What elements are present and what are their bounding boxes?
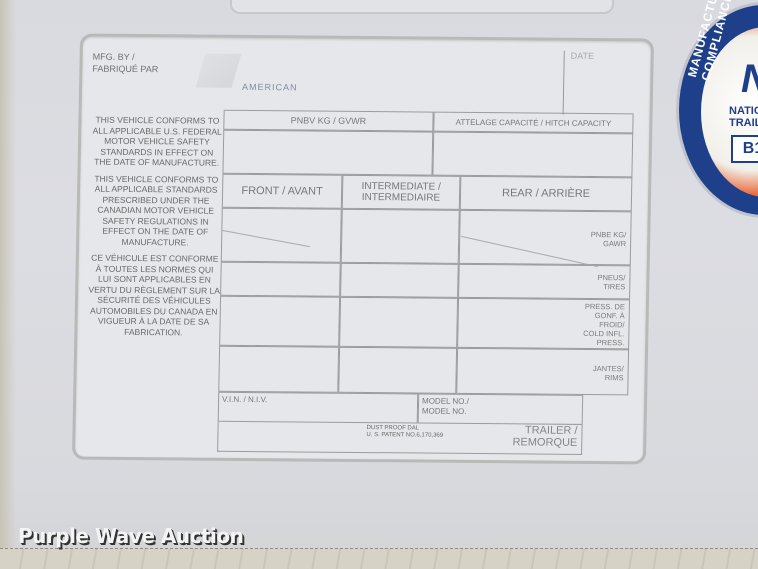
- pressure-intermediate: [339, 297, 458, 348]
- tires-intermediate: [340, 263, 459, 298]
- sticker-org-line-1: NATIONAL: [729, 105, 758, 117]
- hitch-header: ATTELAGE CAPACITÉ / HITCH CAPACITY: [433, 112, 633, 134]
- watermark: Purple Wave Auction: [18, 524, 243, 548]
- model-field: MODEL NO./ MODEL NO.: [418, 394, 584, 425]
- hitch-value: [432, 132, 633, 178]
- vin-field: V.I.N. / N.I.V.: [218, 392, 419, 424]
- gawr-rear: PNBE KG/ GAWR: [459, 210, 632, 265]
- hitch-header-text: ATTELAGE CAPACITÉ / HITCH CAPACITY: [456, 117, 612, 127]
- rims-intermediate: [338, 347, 457, 394]
- sticker-org-line-2: TRAILER: [729, 117, 758, 129]
- fabrique-par-text: FABRIQUÉ PAR: [92, 63, 158, 76]
- pressure-front: [219, 296, 340, 347]
- tires-front: [220, 262, 341, 297]
- date-label: DATE: [571, 51, 595, 61]
- ratings-grid: PNBV KG / GVWR ATTELAGE CAPACITÉ / HITCH…: [217, 110, 633, 454]
- date-field: DATE: [563, 51, 643, 116]
- compliance-sticker: N NATIONAL TRAILER B1 MANUFACTURED IN CO…: [676, 2, 758, 218]
- gvwr-header: PNBV KG / GVWR: [223, 110, 433, 132]
- model-label-line-2: MODEL NO.: [422, 407, 467, 416]
- upper-plate: [230, 0, 614, 14]
- patent-line-2: U. S. PATENT NO.6,170,369: [366, 432, 443, 439]
- gvwr-header-text: PNBV KG / GVWR: [291, 115, 367, 126]
- rims-label: JANTES/ RIMS: [573, 364, 623, 382]
- front-header: FRONT / AVANT: [222, 174, 343, 209]
- vehicle-type: TRAILER / REMORQUE: [512, 424, 577, 449]
- model-label-line-1: MODEL NO./: [422, 397, 469, 406]
- french-conformity-text: CE VÉHICULE EST CONFORME À TOUTES LES NO…: [87, 253, 221, 338]
- trailer-bottom-edge: [0, 548, 758, 569]
- gawr-intermediate: [341, 209, 460, 264]
- vehicle-type-line-1: TRAILER /: [525, 424, 578, 436]
- vehicle-type-line-2: REMORQUE: [512, 436, 577, 449]
- tires-label: PNEUS/ TIRES: [575, 273, 625, 291]
- manufacturer-field: MFG. BY / FABRIQUÉ PAR: [92, 51, 158, 76]
- us-conformity-text: THIS VEHICLE CONFORMS TO ALL APPLICABLE …: [91, 115, 224, 169]
- type-row: DUST PROOF DAL U. S. PATENT NO.6,170,369…: [217, 422, 583, 455]
- intermediate-header: INTERMEDIATE / INTERMEDIAIRE: [342, 175, 461, 210]
- front-header-text: FRONT / AVANT: [241, 185, 323, 198]
- model-label: MODEL NO./ MODEL NO.: [422, 397, 469, 417]
- trailer-edge-shadow: [0, 0, 16, 569]
- mfg-by-text: MFG. BY /: [93, 51, 159, 64]
- tires-rear: PNEUS/ TIRES: [458, 264, 631, 299]
- conformity-statements: THIS VEHICLE CONFORMS TO ALL APPLICABLE …: [87, 115, 223, 344]
- intermediate-header-text: INTERMEDIATE / INTERMEDIAIRE: [343, 181, 459, 204]
- rims-front: [218, 346, 339, 393]
- certification-label: MFG. BY / FABRIQUÉ PAR AMERICAN DATE THI…: [72, 34, 654, 465]
- rear-header: REAR / ARRIÈRE: [460, 176, 633, 211]
- sticker-logo-icon: N: [741, 57, 758, 102]
- manufacturer-logo-icon: [196, 54, 242, 88]
- sticker-badge: B1: [731, 135, 758, 163]
- pressure-label: PRESS. DE GONF. À FROID/ COLD INFL. PRES…: [576, 302, 625, 347]
- brand-text: AMERICAN: [242, 82, 298, 92]
- patent-text: DUST PROOF DAL U. S. PATENT NO.6,170,369: [366, 425, 443, 440]
- patent-line-1: DUST PROOF DAL: [367, 425, 420, 431]
- canada-conformity-text: THIS VEHICLE CONFORMS TO ALL APPLICABLE …: [89, 173, 222, 248]
- gawr-front: [221, 208, 342, 263]
- rear-header-text: REAR / ARRIÈRE: [502, 187, 590, 200]
- pressure-rear: PRESS. DE GONF. À FROID/ COLD INFL. PRES…: [457, 298, 630, 349]
- rims-rear: JANTES/ RIMS: [456, 348, 629, 395]
- gawr-label: PNBE KG/ GAWR: [566, 230, 626, 249]
- gvwr-value: [222, 130, 433, 176]
- sticker-org-name: NATIONAL TRAILER: [729, 105, 758, 129]
- vin-label: V.I.N. / N.I.V.: [222, 395, 267, 404]
